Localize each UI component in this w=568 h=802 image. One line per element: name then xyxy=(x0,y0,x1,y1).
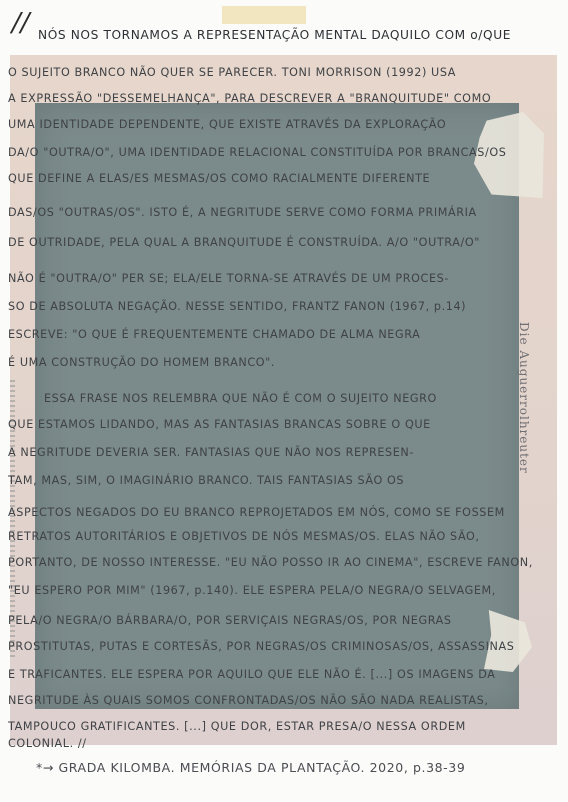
handwritten-line: TAMPOUCO GRATIFICANTES. [...] QUE DOR, E… xyxy=(8,720,466,733)
handwritten-line: DAS/OS "OUTRAS/OS". ISTO É, A NEGRITUDE … xyxy=(8,206,477,219)
handwritten-line: COLONIAL. // xyxy=(8,737,87,750)
header-line: NÓS NOS TORNAMOS A REPRESENTAÇÃO MENTAL … xyxy=(38,28,511,42)
opening-mark: // xyxy=(9,8,33,38)
masking-tape-top xyxy=(222,6,306,24)
handwritten-line: NÃO É "OUTRA/O" PER SE; ELA/ELE TORNA-SE… xyxy=(8,272,449,285)
citation: *→ GRADA KILOMBA. MEMÓRIAS DA PLANTAÇÃO.… xyxy=(36,760,465,775)
handwritten-line: SO DE ABSOLUTA NEGAÇÃO. NESSE SENTIDO, F… xyxy=(8,300,466,313)
handwritten-line: UMA IDENTIDADE DEPENDENTE, QUE EXISTE AT… xyxy=(8,118,446,131)
handwritten-line: A NEGRITUDE DEVERIA SER. FANTASIAS QUE N… xyxy=(8,446,414,459)
handwritten-line: ESCREVE: "O QUE É FREQUENTEMENTE CHAMADO… xyxy=(8,328,420,341)
margin-stamp: Die Auguerrolhreuter xyxy=(517,322,531,474)
handwritten-line: E TRAFICANTES. ELE ESPERA POR AQUILO QUE… xyxy=(8,668,496,681)
handwritten-line: PROSTITUTAS, PUTAS E CORTESÃS, POR NEGRA… xyxy=(8,640,514,653)
handwritten-line: ESSA FRASE NOS RELEMBRA QUE NÃO É COM O … xyxy=(44,392,437,405)
handwritten-line: DA/O "OUTRA/O", UMA IDENTIDADE RELACIONA… xyxy=(8,146,506,159)
handwritten-line: O SUJEITO BRANCO NÃO QUER SE PARECER. TO… xyxy=(8,66,456,79)
handwritten-line: QUE DEFINE A ELAS/ES MESMAS/OS COMO RACI… xyxy=(8,172,430,185)
handwritten-line: RETRATOS AUTORITÁRIOS E OBJETIVOS DE NÓS… xyxy=(8,530,480,543)
handwritten-line: DE OUTRIDADE, PELA QUAL A BRANQUITUDE É … xyxy=(8,236,480,249)
handwritten-line: QUE ESTAMOS LIDANDO, MAS AS FANTASIAS BR… xyxy=(8,418,431,431)
handwritten-line: A EXPRESSÃO "DESSEMELHANÇA", PARA DESCRE… xyxy=(8,92,491,105)
handwritten-line: ASPECTOS NEGADOS DO EU BRANCO REPROJETAD… xyxy=(8,506,505,519)
handwritten-line: PELA/O NEGRA/O BÁRBARA/O, POR SERVIÇAIS … xyxy=(8,614,452,627)
handwritten-line: É UMA CONSTRUÇÃO DO HOMEM BRANCO". xyxy=(8,356,275,369)
handwritten-line: PORTANTO, DE NOSSO INTERESSE. "EU NÃO PO… xyxy=(8,556,533,569)
handwritten-line: NEGRITUDE ÀS QUAIS SOMOS CONFRONTADAS/OS… xyxy=(8,694,489,707)
handwritten-line: TAM, MAS, SIM, O IMAGINÁRIO BRANCO. TAIS… xyxy=(8,474,404,487)
handwritten-line: "EU ESPERO POR MIM" (1967, p.140). ELE E… xyxy=(8,584,496,597)
